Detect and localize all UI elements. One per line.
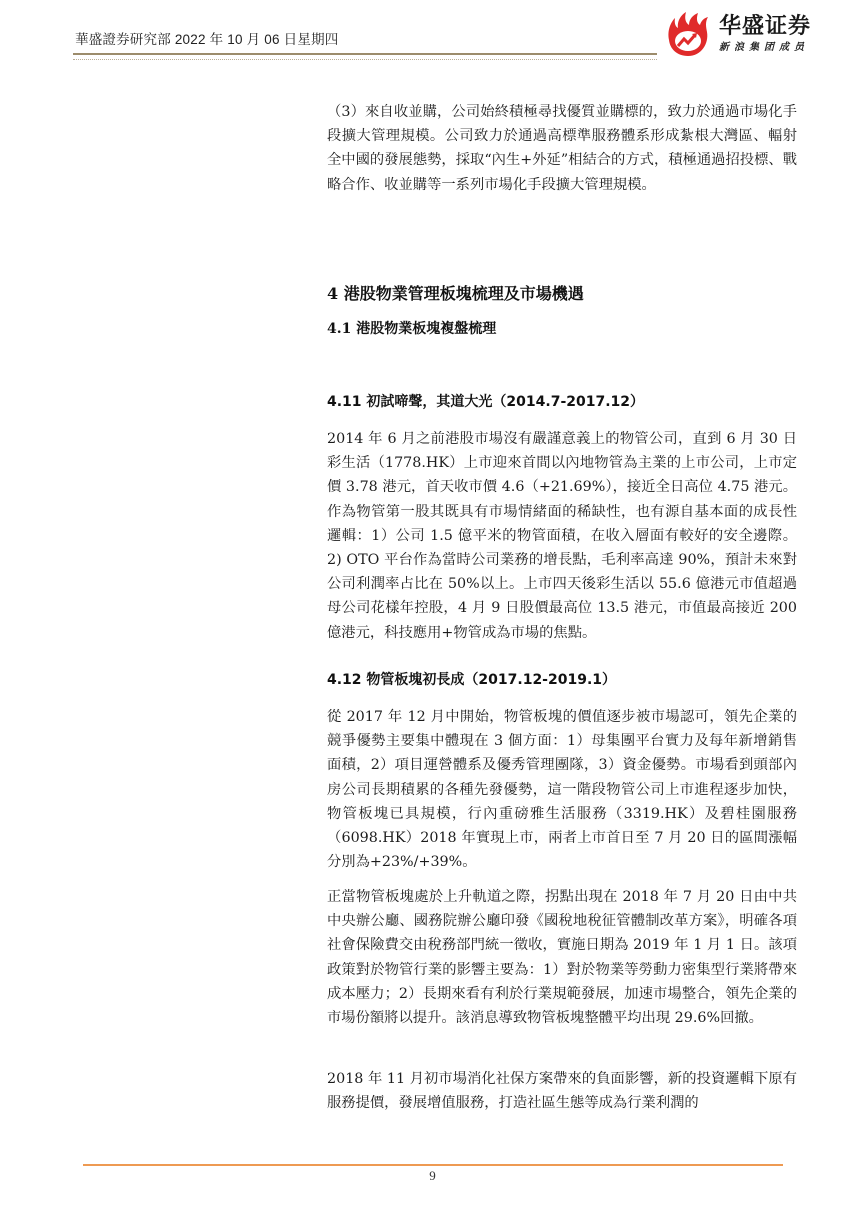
footer-divider — [83, 1164, 783, 1166]
logo-name: 华盛证券 — [719, 15, 811, 39]
section-heading: 4 港股物業管理板塊梳理及市場機遇 — [327, 281, 584, 304]
header-dotted-divider — [73, 59, 657, 60]
flame-logo-icon — [663, 10, 713, 60]
intro-paragraph: （3）來自收並購，公司始終積極尋找優質並購標的，致力於通過市場化手段擴大管理規模… — [327, 100, 797, 197]
phase2-paragraph-1: 從 2017 年 12 月中開始，物管板塊的價值逐步被市場認可，領先企業的競爭優… — [327, 705, 797, 874]
phase1-paragraph: 2014 年 6 月之前港股市場沒有嚴謹意義上的物管公司，直到 6 月 30 日… — [327, 427, 797, 645]
header-date-text: 華盛證券研究部 2022 年 10 月 06 日星期四 — [75, 28, 338, 48]
header-divider — [73, 53, 657, 55]
phase2-paragraph-3: 2018 年 11 月初市場消化社保方案帶來的負面影響，新的投資邏輯下原有服務提… — [327, 1067, 797, 1115]
phase2-paragraph-2: 正當物管板塊處於上升軌道之際，拐點出現在 2018 年 7 月 20 日由中共中… — [327, 885, 797, 1030]
phase1-heading: 4.11 初試啼聲，其道大光（2014.7-2017.12） — [327, 391, 644, 411]
phase2-heading: 4.12 物管板塊初長成（2017.12-2019.1） — [327, 669, 616, 689]
company-logo: 华盛证券 新浪集团成员 — [663, 10, 843, 60]
logo-tagline: 新浪集团成员 — [719, 41, 811, 55]
subsection-heading: 4.1 港股物業板塊複盤梳理 — [327, 318, 496, 338]
page-number: 9 — [0, 1168, 865, 1184]
